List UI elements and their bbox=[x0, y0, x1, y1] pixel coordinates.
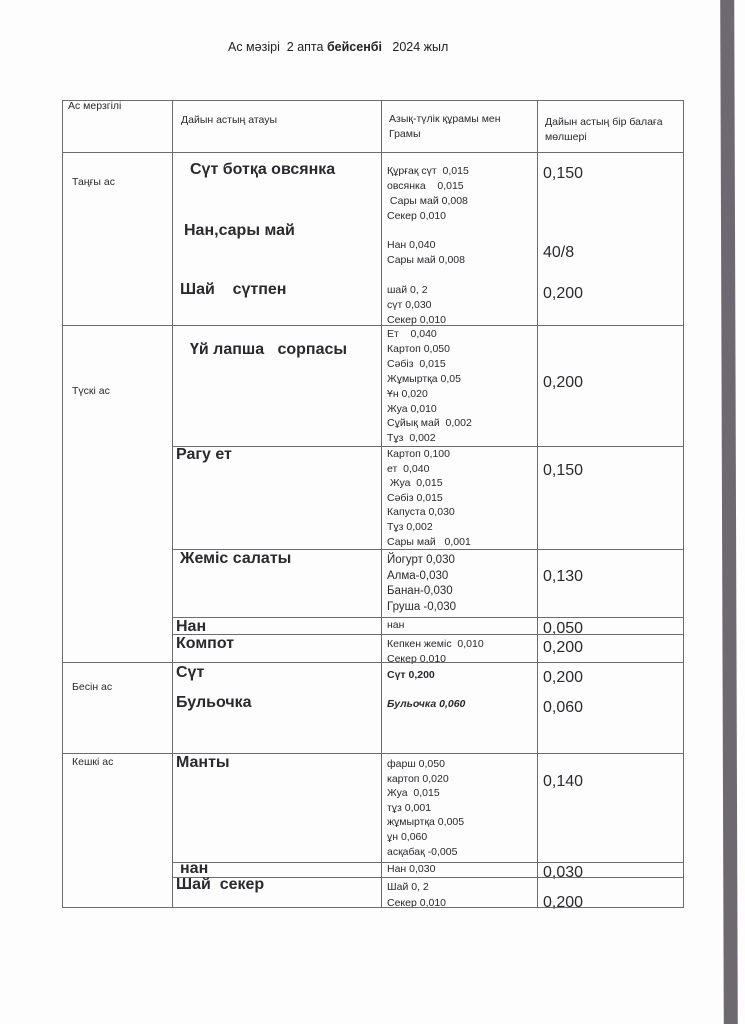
page-title: Ас мәзірі 2 апта бейсенбі 2024 жыл bbox=[228, 40, 448, 54]
header-ingredients: Азық-түлік құрамы мен Грамы bbox=[381, 100, 537, 152]
ingredient-item: Сұйық май 0,002 bbox=[387, 416, 472, 431]
ingredient-list: нан bbox=[387, 618, 404, 633]
portion-value: 0,200 bbox=[543, 894, 583, 912]
portion-value: 0,060 bbox=[543, 699, 583, 717]
ingredient-item: Шай 0, 2 bbox=[387, 879, 446, 895]
portion-value: 0,200 bbox=[543, 285, 583, 303]
ingredient-item: Тұз 0,002 bbox=[387, 431, 472, 446]
ingredient-item: Жуа 0,015 bbox=[387, 786, 464, 801]
meal-time-cell: Кешкі ас bbox=[62, 753, 172, 908]
ingredient-item: Капуста 0,030 bbox=[387, 505, 471, 520]
ingredient-item: ет 0,040 bbox=[387, 462, 471, 477]
ingredient-item: овсянка 0,015 bbox=[387, 179, 469, 194]
ingredient-item: асқабақ -0,005 bbox=[387, 845, 464, 860]
meal-time-label: Бесін ас bbox=[72, 680, 112, 695]
ingredient-item: Сары май 0,008 bbox=[387, 253, 465, 268]
ingredient-list: Картоп 0,100ет 0,040 Жуа 0,015Сәбіз 0,01… bbox=[387, 447, 471, 549]
dish-name: Рагу ет bbox=[176, 446, 232, 464]
header-meal-time-label: Ас мерзгілі bbox=[68, 99, 121, 114]
portion-value: 0,140 bbox=[543, 773, 583, 791]
ingredient-list: Йогурт 0,030Алма-0,030Банан-0,030Груша -… bbox=[387, 553, 456, 615]
dish-name: Сүт bbox=[176, 664, 204, 682]
portion-value: 0,150 bbox=[543, 165, 583, 183]
dish-name: Шай сүтпен bbox=[180, 281, 286, 299]
ingredient-item: Йогурт 0,030 bbox=[387, 553, 456, 569]
ingredient-item: жұмыртқа 0,005 bbox=[387, 815, 464, 830]
ingredient-item: Сүт 0,200 bbox=[387, 668, 435, 683]
dish-name: Үй лапша сорпасы bbox=[190, 341, 347, 359]
dish-name: Компот bbox=[176, 635, 234, 653]
ingredient-item: Нан 0,040 bbox=[387, 238, 465, 253]
ingredient-item: Секер 0,010 bbox=[387, 895, 446, 911]
ingredient-item: Ет 0,040 bbox=[387, 327, 472, 342]
header-dish-name-label: Дайын астың атауы bbox=[181, 113, 277, 128]
ingredient-item: Кепкен жеміс 0,010 bbox=[387, 637, 484, 652]
title-year: 2024 жыл bbox=[382, 40, 448, 54]
ingredient-item: тұз 0,001 bbox=[387, 801, 464, 816]
ingredient-item: Құрғақ сүт 0,015 bbox=[387, 164, 469, 179]
dish-name: Сүт ботқа овсянка bbox=[190, 161, 335, 179]
ingredient-item: Жуа 0,015 bbox=[387, 476, 471, 491]
meal-time-cell: Бесін ас bbox=[62, 662, 172, 753]
ingredient-list: Шай 0, 2Секер 0,010 bbox=[387, 879, 446, 911]
ingredient-item: шай 0, 2 bbox=[387, 283, 446, 298]
ingredient-list: Бульочка 0,060 bbox=[387, 697, 465, 712]
ingredient-item: Картоп 0,100 bbox=[387, 447, 471, 462]
ingredient-item: картоп 0,020 bbox=[387, 772, 464, 787]
dish-name: Нан,сары май bbox=[184, 222, 295, 240]
ingredient-list: шай 0, 2сүт 0,030Секер 0,010 bbox=[387, 283, 446, 328]
ingredient-item: Тұз 0,002 bbox=[387, 520, 471, 535]
ingredient-list: Нан 0,040Сары май 0,008 bbox=[387, 238, 465, 268]
portion-value: 0,200 bbox=[543, 374, 583, 392]
ingredient-item: Секер 0,010 bbox=[387, 209, 469, 224]
meal-time-label: Таңғы ас bbox=[72, 175, 115, 190]
ingredient-list: Сүт 0,200 bbox=[387, 668, 435, 683]
ingredient-item: ұн 0,060 bbox=[387, 830, 464, 845]
dish-name: Шай секер bbox=[176, 876, 264, 894]
portion-value: 0,130 bbox=[543, 568, 583, 586]
dish-name: Жеміс салаты bbox=[180, 550, 291, 568]
ingredient-item: Бульочка 0,060 bbox=[387, 697, 465, 712]
portion-value: 40/8 bbox=[543, 244, 574, 262]
ingredient-item: Жұмыртқа 0,05 bbox=[387, 372, 472, 387]
portion-value: 0,200 bbox=[543, 669, 583, 687]
ingredient-item: Сары май 0,001 bbox=[387, 535, 471, 550]
ingredient-item: Банан-0,030 bbox=[387, 584, 456, 600]
portion-value: 0,150 bbox=[543, 462, 583, 480]
ingredient-list: Ет 0,040Картоп 0,050Сәбіз 0,015Жұмыртқа … bbox=[387, 327, 472, 446]
meal-time-label: Түскі ас bbox=[72, 384, 110, 399]
header-meal-time: Ас мерзгілі bbox=[62, 100, 172, 152]
meal-time-cell: Түскі ас bbox=[62, 325, 172, 662]
ingredient-item: сүт 0,030 bbox=[387, 298, 446, 313]
dish-name: Манты bbox=[176, 754, 230, 772]
ingredient-list: Нан 0,030 bbox=[387, 862, 435, 877]
ingredient-item: Сәбіз 0,015 bbox=[387, 491, 471, 506]
ingredient-item: Алма-0,030 bbox=[387, 569, 456, 585]
meal-time-label: Кешкі ас bbox=[72, 755, 113, 770]
title-prefix: Ас мәзірі 2 апта bbox=[228, 40, 327, 54]
ingredient-item: Сәбіз 0,015 bbox=[387, 357, 472, 372]
scan-edge-strip bbox=[720, 0, 738, 1024]
menu-table: Ас мерзгілі Дайын астың атауы Азық-түлік… bbox=[62, 100, 684, 908]
ingredient-item: Груша -0,030 bbox=[387, 600, 456, 616]
ingredient-item: Нан 0,030 bbox=[387, 862, 435, 877]
ingredient-list: Құрғақ сүт 0,015овсянка 0,015 Сары май 0… bbox=[387, 164, 469, 224]
header-dish-name: Дайын астың атауы bbox=[172, 100, 381, 152]
ingredient-list: фарш 0,050картоп 0,020Жуа 0,015тұз 0,001… bbox=[387, 757, 464, 859]
dish-name: Бульочка bbox=[176, 694, 252, 712]
meal-time-cell: Таңғы ас bbox=[62, 152, 172, 325]
header-portion-label: Дайын астың бір балаға мөлшері bbox=[545, 115, 680, 145]
ingredient-item: Ұн 0,020 bbox=[387, 387, 472, 402]
ingredient-item: фарш 0,050 bbox=[387, 757, 464, 772]
portion-cell bbox=[537, 753, 684, 862]
header-portion: Дайын астың бір балаға мөлшері bbox=[537, 100, 684, 152]
ingredient-item: Сары май 0,008 bbox=[387, 194, 469, 209]
ingredient-item: нан bbox=[387, 618, 404, 633]
portion-value: 0,200 bbox=[543, 639, 583, 657]
ingredient-item: Картоп 0,050 bbox=[387, 342, 472, 357]
ingredient-item: Жуа 0,010 bbox=[387, 402, 472, 417]
title-weekday: бейсенбі bbox=[327, 40, 382, 54]
header-ingredients-label: Азық-түлік құрамы мен Грамы bbox=[389, 112, 529, 142]
